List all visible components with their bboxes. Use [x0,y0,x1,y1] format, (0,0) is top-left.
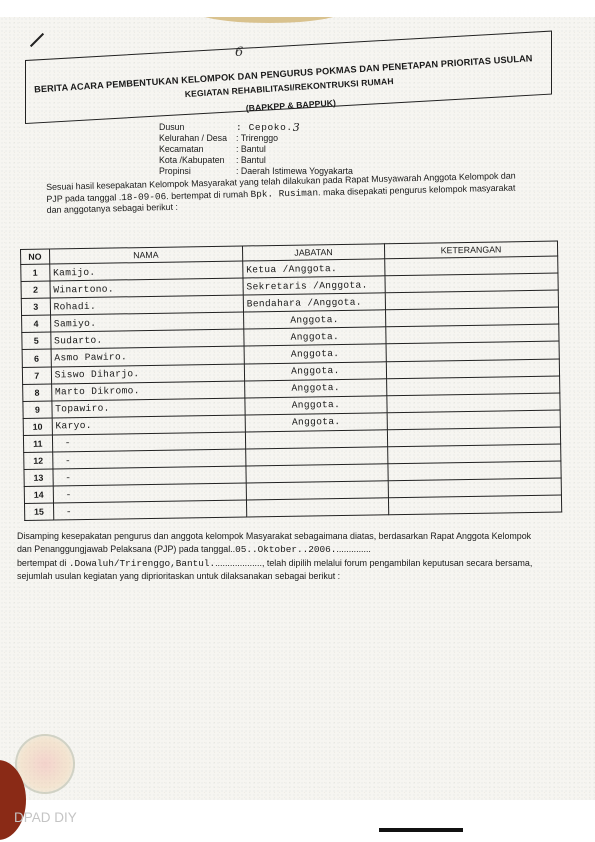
location-label: Kecamatan [159,144,236,155]
cell-jabatan [246,481,388,500]
cell-no: 14 [24,486,53,504]
location-label: Kelurahan / Desa [159,133,236,144]
cell-no: 11 [23,435,52,453]
priority-paragraph: Disamping kesepakatan pengurus dan anggo… [17,530,537,583]
location-value: : Bantul [236,144,266,155]
location-value: : Cepoko. [236,122,293,133]
cell-no: 8 [23,384,52,402]
meeting-date: 05..Oktober..2006. [235,544,336,555]
cell-no: 6 [22,349,51,367]
location-row-kabupaten: Kota /Kabupaten : Bantul [159,155,353,166]
location-block: Dusun : Cepoko. 3 Kelurahan / Desa : Tri… [159,122,353,177]
cell-no: 7 [22,367,51,385]
header-no: NO [21,249,50,264]
cell-no: 1 [21,264,50,282]
cell-no: 9 [23,401,52,419]
location-label: Propinsi [159,166,236,177]
location-value: : Trirenggo [236,133,278,144]
cell-no: 13 [24,469,53,487]
cell-no: 12 [24,452,53,470]
handwritten-suffix: 3 [293,122,300,133]
cell-no: 10 [23,418,52,436]
paragraph-text: . bertempat di rumah [166,189,251,201]
paragraph-text: bertempat di [17,558,69,568]
meeting-place: Bpk. Rusiman [250,187,318,200]
cell-no: 3 [21,298,50,316]
members-table: NO NAMA JABATAN KETERANGAN 1Kamijo.Ketua… [20,241,562,522]
location-value: : Bantul [236,155,266,166]
cell-nama: - [53,500,246,520]
cell-no: 5 [22,332,51,350]
location-row-dusun: Dusun : Cepoko. 3 [159,122,353,133]
footer-bar [379,828,463,832]
location-row-kecamatan: Kecamatan : Bantul [159,144,353,155]
cell-keterangan [388,495,561,515]
location-row-desa: Kelurahan / Desa : Trirenggo [159,133,353,144]
footer-watermark: DPAD DIY [14,810,77,825]
location-label: Kota /Kabupaten [159,155,236,166]
cell-no: 15 [25,503,54,521]
cell-jabatan [246,498,388,517]
meeting-place: .Dowaluh/Trirenggo,Bantul. [69,558,215,569]
fill-dots: ................... [215,558,262,568]
table-body: 1Kamijo.Ketua /Anggota.2Winartono.Sekret… [21,256,562,521]
cell-no: 2 [21,281,50,299]
cell-no: 4 [22,315,51,333]
location-label: Dusun [159,122,236,133]
fill-dots: .............. [336,544,371,554]
paper-edge-stain [195,17,343,23]
meeting-date: 18-09-06 [121,191,166,203]
pen-mark [30,33,44,47]
